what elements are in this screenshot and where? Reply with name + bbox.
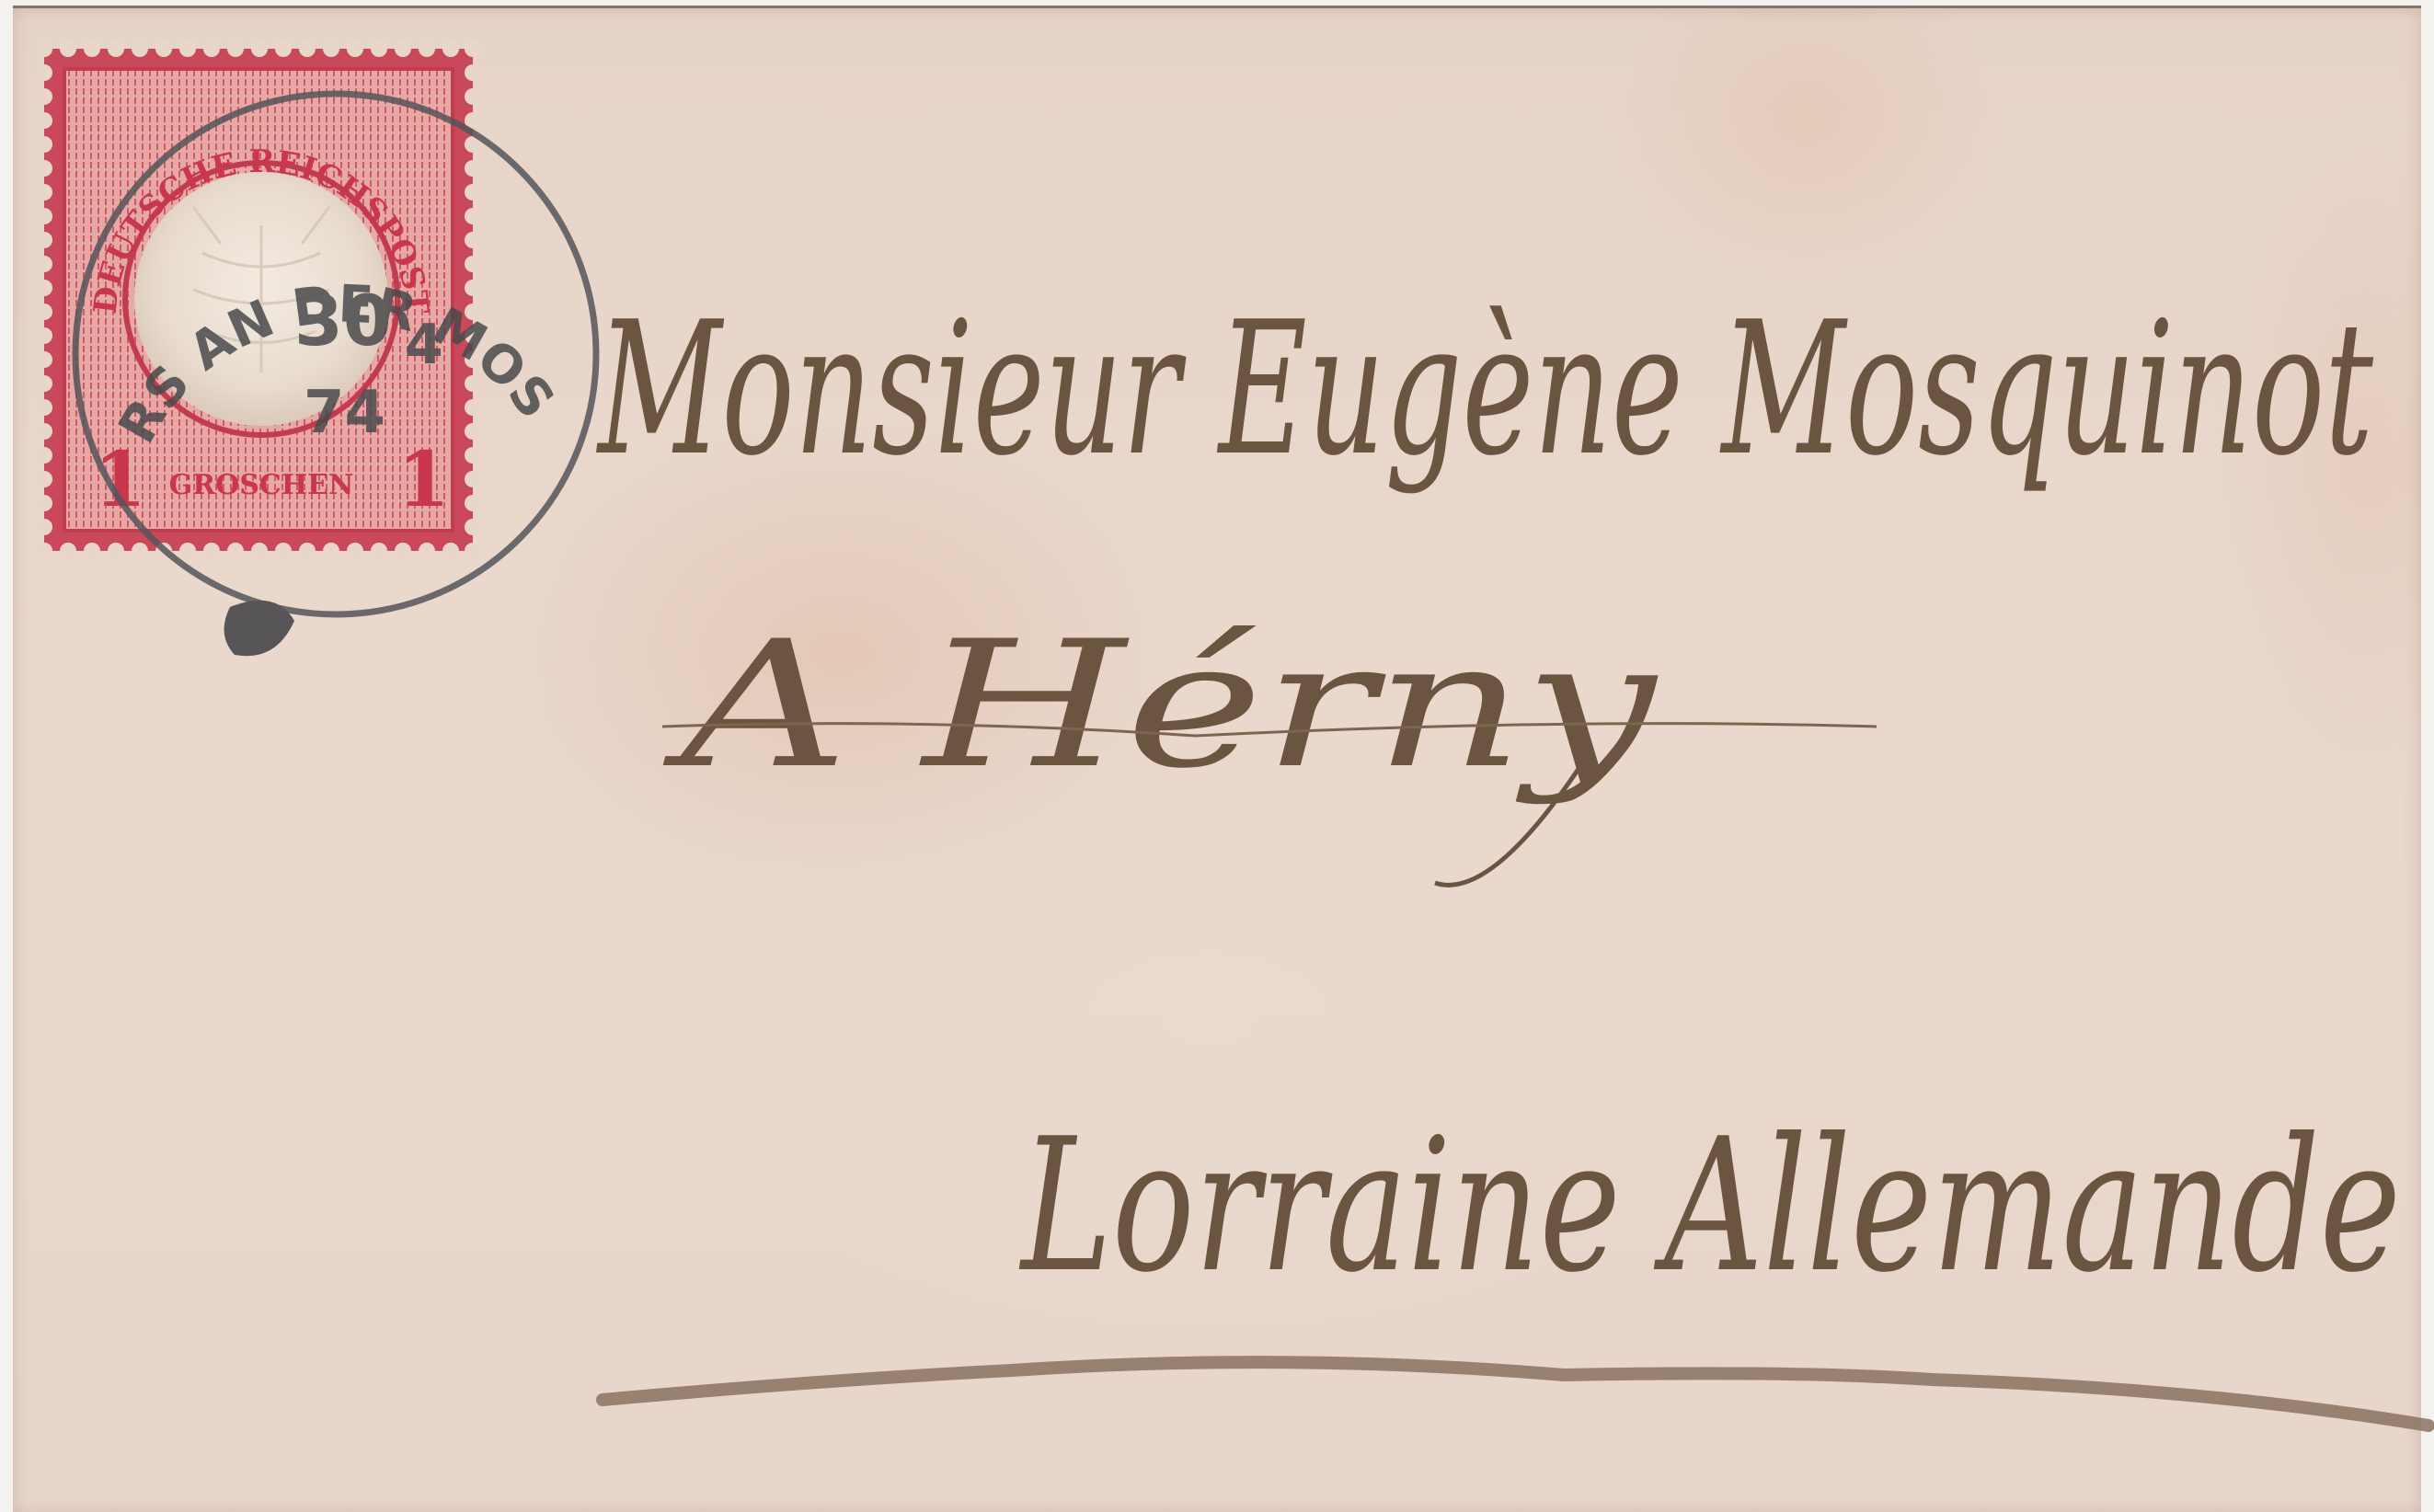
stamp-denomination: GROSCHEN [169, 469, 354, 501]
stamp-value-left: 1 [94, 436, 146, 524]
postage-stamp: DEUTSCHE REICHSPOST 1 1 GROSCHEN [37, 41, 480, 558]
stamp-value-right: 1 [397, 436, 450, 524]
